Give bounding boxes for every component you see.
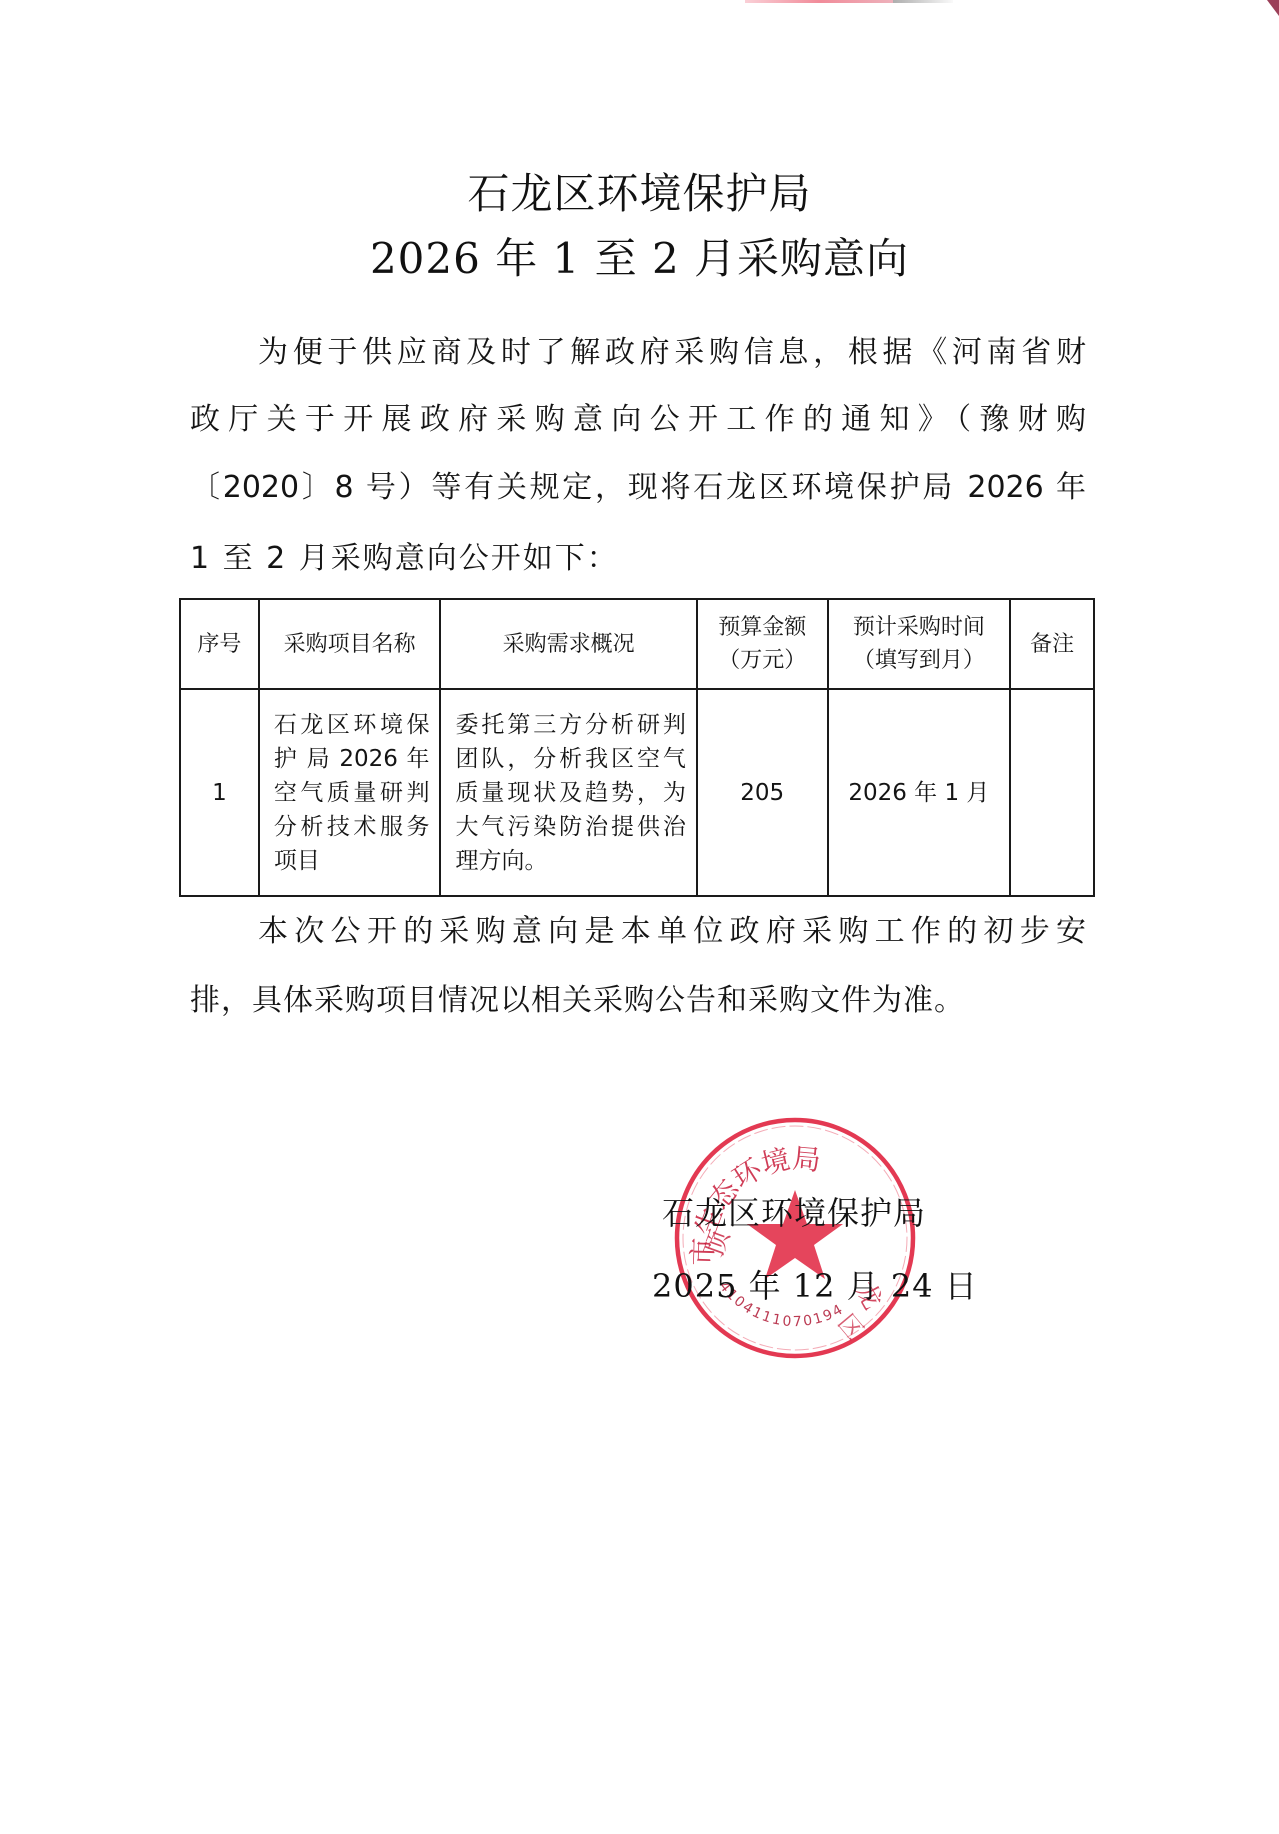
requirement-line: 委托第三方分析研判 [455,708,685,742]
project-name-line: 石龙区环境保 [274,708,430,742]
requirement-line: 大气污染防治提供治 [455,810,685,844]
header-requirement: 采购需求概况 [440,599,696,689]
cell-project-name: 石龙区环境保 护 局 2026 年 空气质量研判 分析技术服务 项目 [259,689,441,896]
cell-budget: 205 [697,689,828,896]
header-time-line2: （填写到月） [829,644,1010,677]
scan-artifact-top-line [745,0,893,3]
project-name-line: 项目 [274,844,430,878]
header-seq: 序号 [180,599,259,689]
intro-line-3: 〔2020〕8 号）等有关规定，现将石龙区环境保护局 2026 年 [190,470,1086,506]
requirement-line: 团队，分析我区空气 [455,742,685,776]
closing-line-1: 本次公开的采购意向是本单位政府采购工作的初步安 [258,914,1086,950]
document-subtitle: 2026 年 1 至 2 月采购意向 [0,237,1279,281]
seal-icon: 市生态环境局 顶 龙 区 4104111070194 [673,1116,917,1360]
document-title: 石龙区环境保护局 [0,172,1279,216]
header-budget-line2: （万元） [698,644,827,677]
project-name-line: 空气质量研判 [274,776,430,810]
cell-remarks [1010,689,1094,896]
header-budget-line1: 预算金额 [698,611,827,644]
signature-date: 2025 年 12 月 24 日 [652,1268,978,1304]
header-remarks: 备注 [1010,599,1094,689]
procurement-table: 序号 采购项目名称 采购需求概况 预算金额 （万元） 预计采购时间 （填写到月）… [179,598,1095,897]
header-project-name: 采购项目名称 [259,599,441,689]
header-planned-time: 预计采购时间 （填写到月） [828,599,1011,689]
cell-seq: 1 [180,689,259,896]
scan-artifact-top-gray [893,0,953,3]
header-budget: 预算金额 （万元） [697,599,828,689]
closing-line-2: 排，具体采购项目情况以相关采购公告和采购文件为准。 [190,983,1086,1019]
requirement-line: 质量现状及趋势，为 [455,776,685,810]
cell-planned-time: 2026 年 1 月 [828,689,1011,896]
project-name-line: 分析技术服务 [274,810,430,844]
official-seal: 市生态环境局 顶 龙 区 4104111070194 [673,1116,917,1360]
intro-line-1: 为便于供应商及时了解政府采购信息，根据《河南省财 [258,335,1086,371]
table-header-row: 序号 采购项目名称 采购需求概况 预算金额 （万元） 预计采购时间 （填写到月）… [180,599,1094,689]
cell-requirement: 委托第三方分析研判 团队，分析我区空气 质量现状及趋势，为 大气污染防治提供治 … [440,689,696,896]
requirement-line: 理方向。 [455,844,685,878]
intro-line-2: 政厅关于开展政府采购意向公开工作的通知》（豫财购 [190,402,1086,438]
project-name-line: 护 局 2026 年 [274,742,430,776]
header-time-line1: 预计采购时间 [829,611,1010,644]
table-row: 1 石龙区环境保 护 局 2026 年 空气质量研判 分析技术服务 项目 委托第… [180,689,1094,896]
scan-artifact-corner [1267,0,1279,16]
intro-line-4: 1 至 2 月采购意向公开如下： [190,541,1086,577]
signature-organization: 石龙区环境保护局 [662,1195,926,1231]
